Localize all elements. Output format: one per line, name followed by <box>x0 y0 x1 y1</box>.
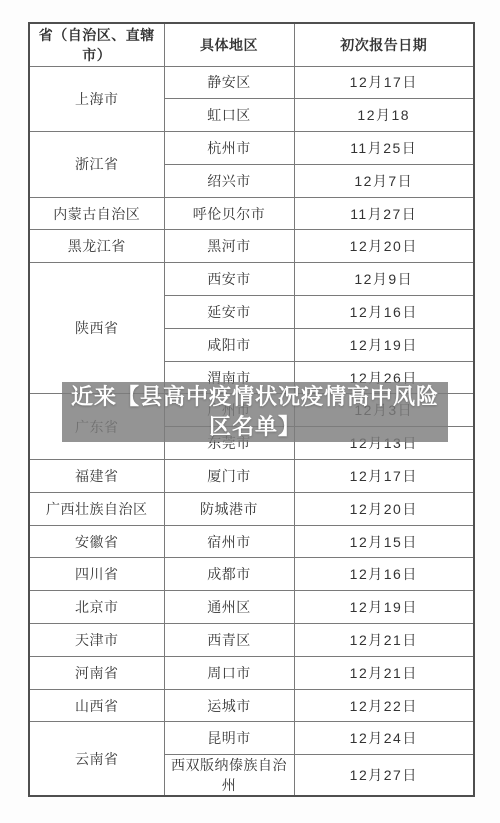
region-cell: 防城港市 <box>164 492 294 525</box>
region-cell: 成都市 <box>164 558 294 591</box>
report-date-cell: 12月18 <box>294 99 474 132</box>
overlay-banner: 近来【县高中疫情状况疫情高中风险区名单】 <box>62 382 448 442</box>
report-date-cell: 12月9日 <box>294 263 474 296</box>
region-cell: 通州区 <box>164 591 294 624</box>
province-cell: 浙江省 <box>29 132 164 198</box>
table-row: 云南省昆明市12月24日 <box>29 722 474 755</box>
table-row: 陕西省西安市12月9日 <box>29 263 474 296</box>
report-date-cell: 11月25日 <box>294 132 474 165</box>
table-row: 天津市西青区12月21日 <box>29 624 474 657</box>
report-date-cell: 12月27日 <box>294 755 474 797</box>
report-date-cell: 12月16日 <box>294 558 474 591</box>
province-cell: 陕西省 <box>29 263 164 394</box>
table-row: 广西壮族自治区防城港市12月20日 <box>29 492 474 525</box>
province-cell: 山西省 <box>29 689 164 722</box>
table-row: 福建省厦门市12月17日 <box>29 460 474 493</box>
report-date-cell: 12月19日 <box>294 328 474 361</box>
table-row: 河南省周口市12月21日 <box>29 656 474 689</box>
region-cell: 昆明市 <box>164 722 294 755</box>
region-cell: 虹口区 <box>164 99 294 132</box>
region-cell: 西青区 <box>164 624 294 657</box>
table-row: 内蒙古自治区呼伦贝尔市11月27日 <box>29 197 474 230</box>
province-cell: 广西壮族自治区 <box>29 492 164 525</box>
header-report-date: 初次报告日期 <box>294 23 474 66</box>
report-date-cell: 12月16日 <box>294 296 474 329</box>
report-date-cell: 12月21日 <box>294 656 474 689</box>
region-cell: 周口市 <box>164 656 294 689</box>
region-cell: 杭州市 <box>164 132 294 165</box>
header-region: 具体地区 <box>164 23 294 66</box>
region-cell: 绍兴市 <box>164 164 294 197</box>
report-date-cell: 12月22日 <box>294 689 474 722</box>
table-row: 山西省运城市12月22日 <box>29 689 474 722</box>
page: 省（自治区、直辖市） 具体地区 初次报告日期 上海市静安区12月17日虹口区12… <box>0 0 500 823</box>
report-date-cell: 11月27日 <box>294 197 474 230</box>
province-cell: 四川省 <box>29 558 164 591</box>
province-cell: 内蒙古自治区 <box>29 197 164 230</box>
table-row: 上海市静安区12月17日 <box>29 66 474 99</box>
table-row: 北京市通州区12月19日 <box>29 591 474 624</box>
report-date-cell: 12月20日 <box>294 492 474 525</box>
region-cell: 延安市 <box>164 296 294 329</box>
table-row: 黑龙江省黑河市12月20日 <box>29 230 474 263</box>
province-cell: 上海市 <box>29 66 164 132</box>
province-cell: 河南省 <box>29 656 164 689</box>
region-cell: 咸阳市 <box>164 328 294 361</box>
report-date-cell: 12月17日 <box>294 460 474 493</box>
region-cell: 西双版纳傣族自治州 <box>164 755 294 797</box>
province-cell: 北京市 <box>29 591 164 624</box>
overlay-banner-text: 近来【县高中疫情状况疫情高中风险区名单】 <box>62 382 448 442</box>
header-row: 省（自治区、直辖市） 具体地区 初次报告日期 <box>29 23 474 66</box>
report-date-cell: 12月20日 <box>294 230 474 263</box>
region-cell: 静安区 <box>164 66 294 99</box>
table-row: 安徽省宿州市12月15日 <box>29 525 474 558</box>
table-row: 四川省成都市12月16日 <box>29 558 474 591</box>
report-date-cell: 12月19日 <box>294 591 474 624</box>
region-cell: 运城市 <box>164 689 294 722</box>
region-cell: 厦门市 <box>164 460 294 493</box>
report-date-cell: 12月24日 <box>294 722 474 755</box>
region-cell: 西安市 <box>164 263 294 296</box>
region-cell: 呼伦贝尔市 <box>164 197 294 230</box>
report-date-cell: 12月21日 <box>294 624 474 657</box>
province-cell: 天津市 <box>29 624 164 657</box>
table-row: 浙江省杭州市11月25日 <box>29 132 474 165</box>
region-cell: 黑河市 <box>164 230 294 263</box>
report-date-cell: 12月7日 <box>294 164 474 197</box>
header-province: 省（自治区、直辖市） <box>29 23 164 66</box>
province-cell: 云南省 <box>29 722 164 796</box>
province-cell: 福建省 <box>29 460 164 493</box>
region-cell: 宿州市 <box>164 525 294 558</box>
report-date-cell: 12月17日 <box>294 66 474 99</box>
province-cell: 安徽省 <box>29 525 164 558</box>
report-date-cell: 12月15日 <box>294 525 474 558</box>
province-cell: 黑龙江省 <box>29 230 164 263</box>
